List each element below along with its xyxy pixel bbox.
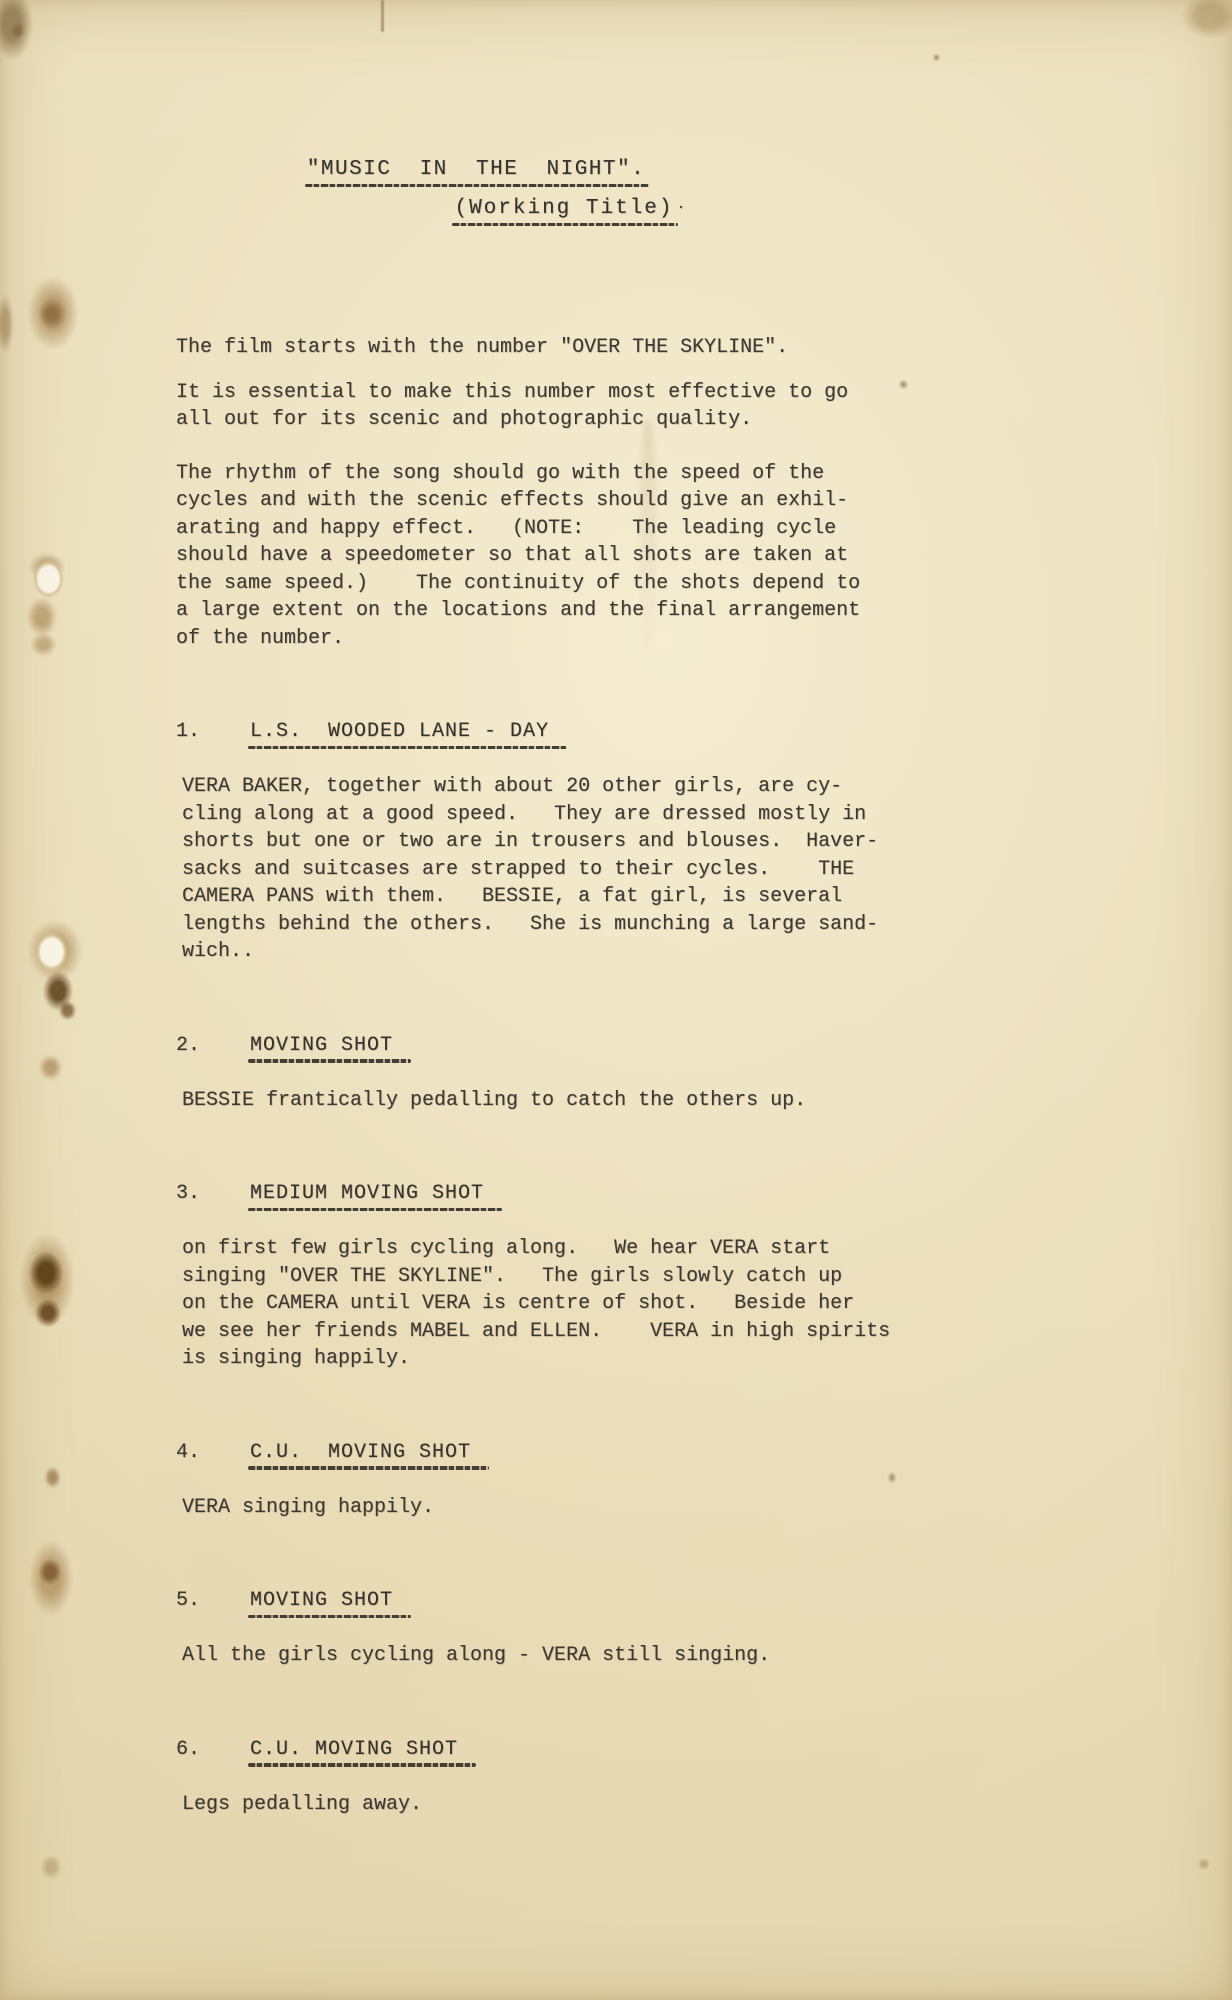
- typed-content: "MUSIC IN THE NIGHT". (Working Title). T…: [176, 0, 976, 1818]
- stain: [40, 1854, 62, 1880]
- stain: [42, 970, 74, 1012]
- stain: [28, 552, 66, 582]
- scene-number: 1.: [176, 720, 250, 743]
- scene-body: on first few girls cycling along. We hea…: [182, 1235, 976, 1373]
- scene-number: 2.: [176, 1034, 250, 1057]
- scene-number: 5.: [176, 1589, 250, 1612]
- scene-heading: MOVING SHOT: [250, 1589, 393, 1612]
- stain: [38, 1558, 62, 1586]
- scene-heading-row: 5. MOVING SHOT: [176, 1589, 976, 1612]
- scene-heading-row: 2. MOVING SHOT: [176, 1034, 976, 1057]
- scene-heading: MOVING SHOT: [250, 1034, 393, 1057]
- stain: [10, 22, 25, 39]
- scene-body: VERA singing happily.: [182, 1494, 976, 1522]
- scene-body: All the girls cycling along - VERA still…: [182, 1642, 976, 1670]
- scene-heading-row: 1. L.S. WOODED LANE - DAY: [176, 720, 976, 743]
- stain: [1198, 1858, 1210, 1870]
- scene-1: 1. L.S. WOODED LANE - DAY VERA BAKER, to…: [176, 720, 976, 966]
- scene-number: 3.: [176, 1182, 250, 1205]
- stain: [58, 1000, 77, 1021]
- scene-6: 6. C.U. MOVING SHOT Legs pedalling away.: [176, 1738, 976, 1819]
- document-subtitle: (Working Title): [454, 197, 673, 220]
- subtitle-block: (Working Title).: [176, 197, 776, 220]
- title-block: "MUSIC IN THE NIGHT".: [176, 158, 776, 181]
- stain: [0, 292, 14, 356]
- scene-heading-row: 6. C.U. MOVING SHOT: [176, 1738, 976, 1761]
- scene-heading: C.U. MOVING SHOT: [250, 1441, 471, 1464]
- punch-hole: [33, 560, 64, 598]
- stain: [26, 918, 84, 984]
- scene-body: VERA BAKER, together with about 20 other…: [182, 773, 976, 966]
- stain: [18, 1230, 76, 1330]
- subtitle-period: .: [677, 196, 686, 213]
- scene-number: 6.: [176, 1738, 250, 1761]
- intro-paragraph-2: It is essential to make this number most…: [176, 379, 976, 434]
- intro-paragraph-3: The rhythm of the song should go with th…: [176, 460, 976, 653]
- scene-3: 3. MEDIUM MOVING SHOT on first few girls…: [176, 1182, 976, 1373]
- stain: [1180, 0, 1232, 40]
- scene-heading-row: 3. MEDIUM MOVING SHOT: [176, 1182, 976, 1205]
- stain: [28, 1250, 64, 1296]
- scene-number: 4.: [176, 1441, 250, 1464]
- stain: [38, 298, 66, 330]
- stain: [26, 274, 80, 352]
- stain: [26, 596, 58, 638]
- stain: [38, 1054, 63, 1081]
- stain: [34, 1298, 62, 1328]
- scene-heading: MEDIUM MOVING SHOT: [250, 1182, 484, 1205]
- scene-body: BESSIE frantically pedalling to catch th…: [182, 1087, 976, 1115]
- stain: [30, 632, 57, 657]
- stain: [28, 1538, 74, 1618]
- scene-body: Legs pedalling away.: [182, 1791, 976, 1819]
- scene-4: 4. C.U. MOVING SHOT VERA singing happily…: [176, 1441, 976, 1522]
- stain: [0, 0, 34, 62]
- scene-2: 2. MOVING SHOT BESSIE frantically pedall…: [176, 1034, 976, 1115]
- scene-heading: C.U. MOVING SHOT: [250, 1738, 458, 1761]
- scene-heading-row: 4. C.U. MOVING SHOT: [176, 1441, 976, 1464]
- document-title: "MUSIC IN THE NIGHT".: [307, 158, 645, 181]
- punch-hole: [35, 932, 68, 972]
- intro-paragraph-1: The film starts with the number "OVER TH…: [176, 334, 976, 362]
- scene-5: 5. MOVING SHOT All the girls cycling alo…: [176, 1589, 976, 1670]
- stain: [44, 1466, 61, 1489]
- script-page: "MUSIC IN THE NIGHT". (Working Title). T…: [0, 0, 1232, 2000]
- scene-heading: L.S. WOODED LANE - DAY: [250, 720, 549, 743]
